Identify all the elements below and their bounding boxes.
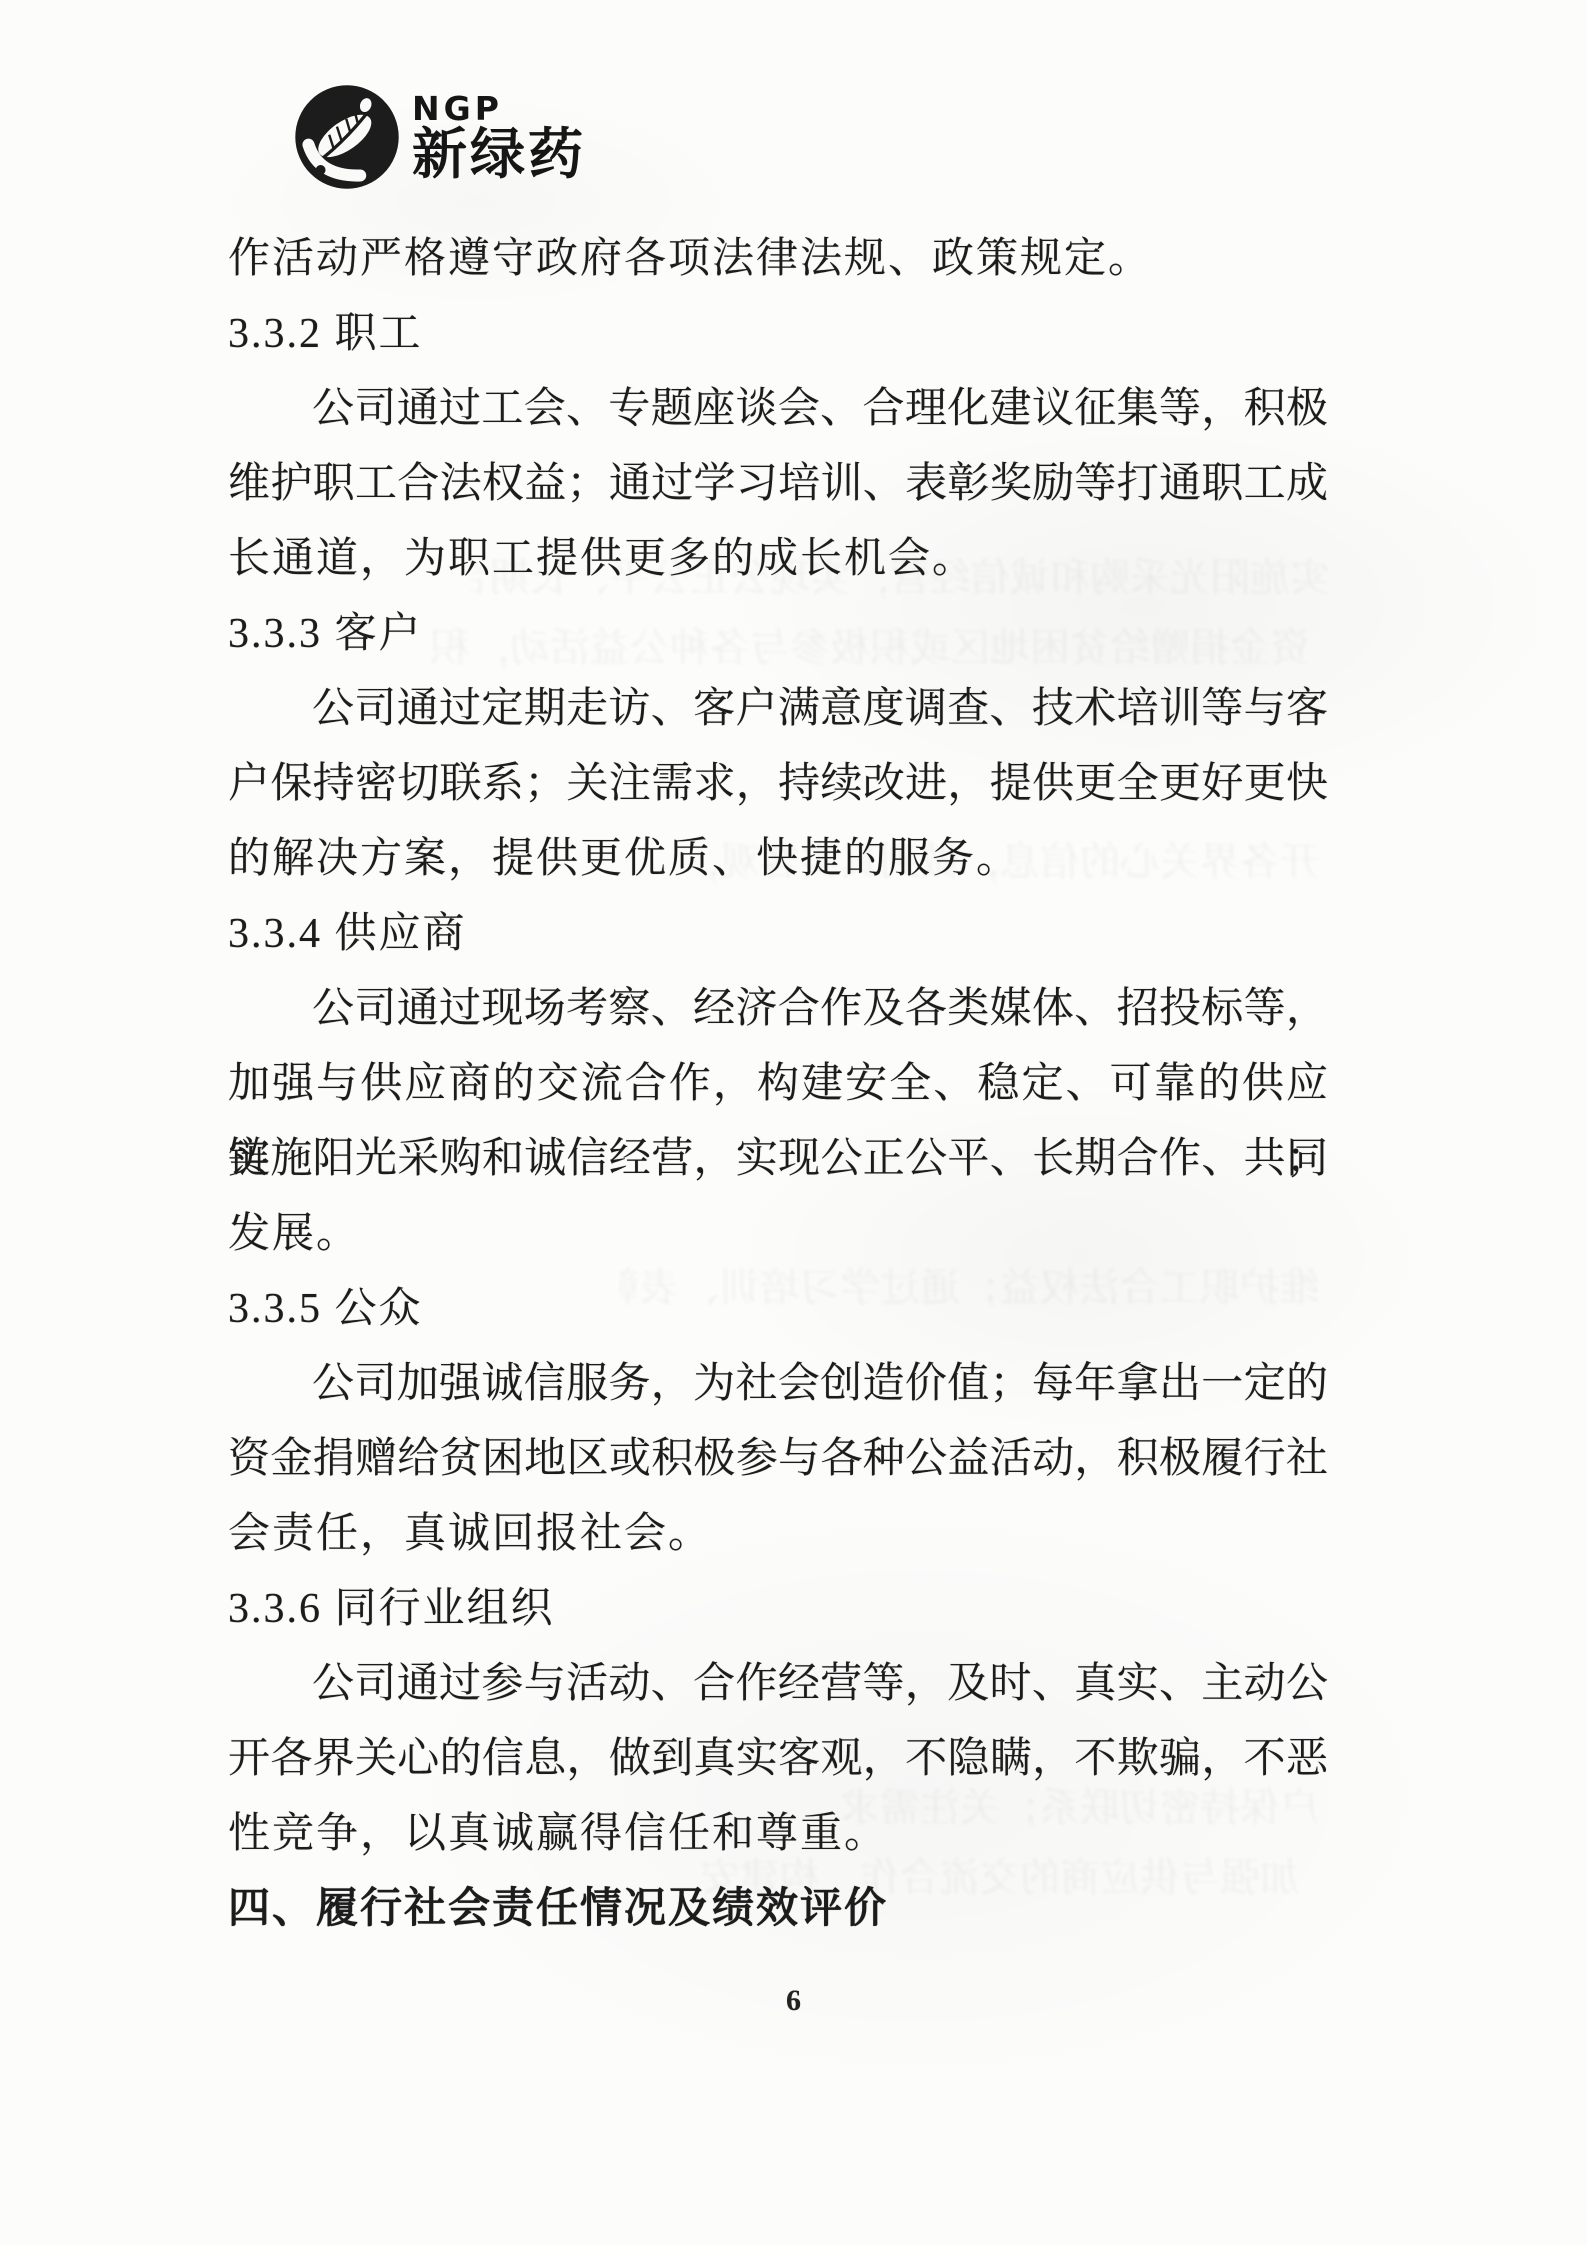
scanned-document-page: NGP 新绿药 作活动严格遵守政府各项法律法规、政策规定。 3.3.2 职工 公… — [0, 0, 1587, 2245]
intro-continuation-line: 作活动严格遵守政府各项法律法规、政策规定。 — [228, 222, 1328, 297]
heading-3-3-5-public: 3.3.5 公众 — [228, 1272, 1328, 1347]
logo-abbr: NGP — [412, 92, 586, 125]
paragraph-line: 资金捐赠给贫困地区或积极参与各种公益活动，积极履行社 — [228, 1422, 1328, 1497]
logo-text: NGP 新绿药 — [412, 82, 586, 183]
paragraph-line: 开各界关心的信息，做到真实客观，不隐瞒，不欺骗，不恶 — [228, 1722, 1328, 1797]
paragraph-line: 加强与供应商的交流合作，构建安全、稳定、可靠的供应链； — [228, 1047, 1328, 1122]
paragraph-line: 公司通过工会、专题座谈会、合理化建议征集等，积极 — [228, 372, 1328, 447]
paragraph-line: 公司通过现场考察、经济合作及各类媒体、招投标等， — [228, 972, 1328, 1047]
heading-3-3-2-employees: 3.3.2 职工 — [228, 297, 1328, 372]
company-logo: NGP 新绿药 — [292, 82, 586, 192]
paragraph-line: 户保持密切联系；关注需求，持续改进，提供更全更好更快 — [228, 747, 1328, 822]
document-body: 作活动严格遵守政府各项法律法规、政策规定。 3.3.2 职工 公司通过工会、专题… — [228, 222, 1328, 1947]
page-number: 6 — [0, 1984, 1587, 2018]
leaf-circle-logo-icon — [292, 82, 402, 192]
paragraph-line: 公司通过定期走访、客户满意度调查、技术培训等与客 — [228, 672, 1328, 747]
paragraph-line: 长通道，为职工提供更多的成长机会。 — [228, 522, 1328, 597]
heading-3-3-3-customers: 3.3.3 客户 — [228, 597, 1328, 672]
paragraph-line: 公司加强诚信服务，为社会创造价值；每年拿出一定的 — [228, 1347, 1328, 1422]
heading-3-3-6-industry-organizations: 3.3.6 同行业组织 — [228, 1572, 1328, 1647]
paragraph-line: 实施阳光采购和诚信经营，实现公正公平、长期合作、共同 — [228, 1122, 1328, 1197]
paragraph-line: 发展。 — [228, 1197, 1328, 1272]
paragraph-line: 公司通过参与活动、合作经营等，及时、真实、主动公 — [228, 1647, 1328, 1722]
chapter-heading-4: 四、履行社会责任情况及绩效评价 — [228, 1872, 1328, 1947]
paragraph-line: 性竞争，以真诚赢得信任和尊重。 — [228, 1797, 1328, 1872]
paragraph-line: 会责任，真诚回报社会。 — [228, 1497, 1328, 1572]
paragraph-line: 的解决方案，提供更优质、快捷的服务。 — [228, 822, 1328, 897]
paragraph-line: 维护职工合法权益；通过学习培训、表彰奖励等打通职工成 — [228, 447, 1328, 522]
heading-3-3-4-suppliers: 3.3.4 供应商 — [228, 897, 1328, 972]
logo-name: 新绿药 — [412, 125, 586, 183]
